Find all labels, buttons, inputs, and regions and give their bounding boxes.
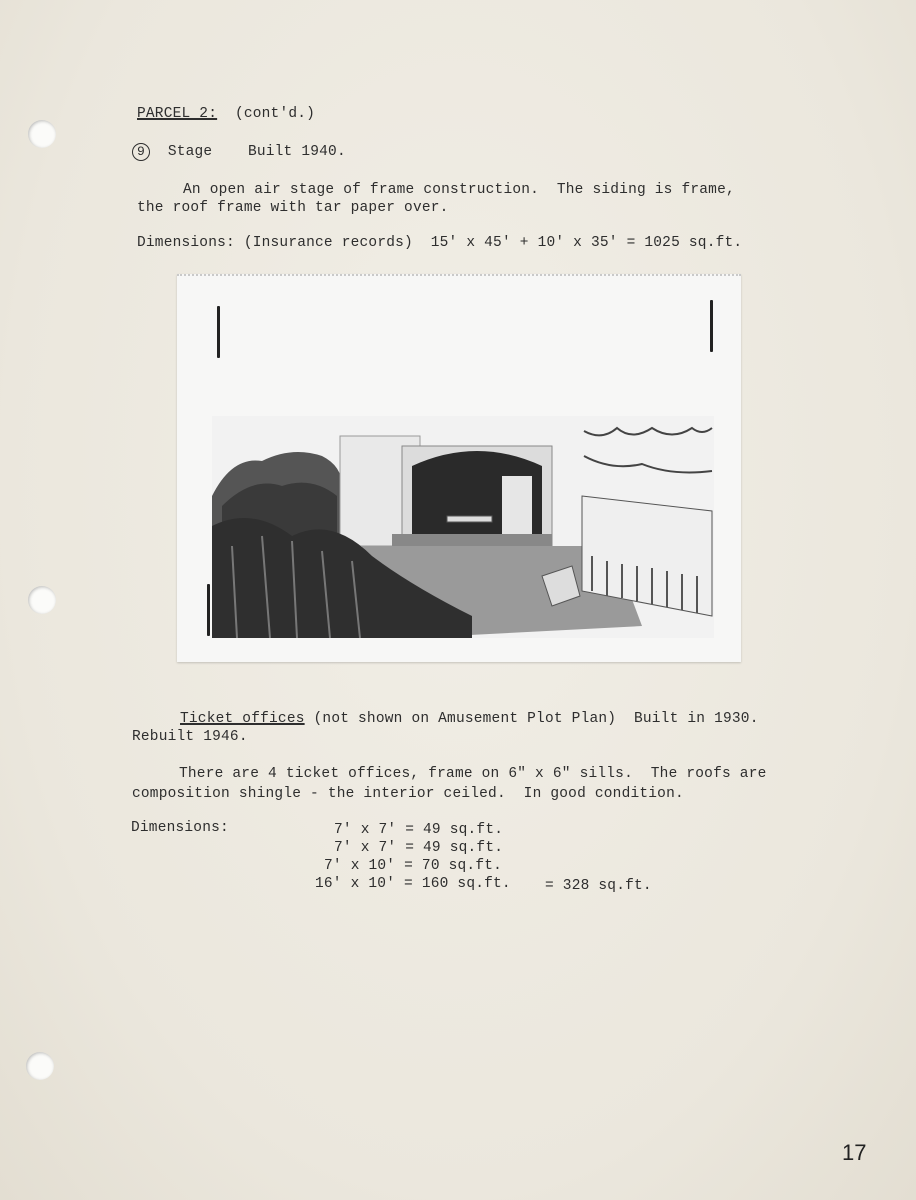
stage-description-line2: the roof frame with tar paper over. <box>137 200 449 216</box>
ticket-dimensions-label: Dimensions: <box>131 820 229 836</box>
ticket-description-line2: composition shingle - the interior ceile… <box>132 786 684 802</box>
stage-dimensions: Dimensions: (Insurance records) 15' x 45… <box>137 235 742 251</box>
ticket-heading-rest: (not shown on Amusement Plot Plan) Built… <box>305 711 759 727</box>
punch-hole <box>28 120 56 148</box>
item-title: Stage <box>168 144 213 160</box>
staple <box>217 306 220 358</box>
document-page: PARCEL 2: (cont'd.) 9 Stage Built 1940. … <box>0 0 916 1200</box>
ticket-total: = 328 sq.ft. <box>545 878 652 894</box>
ticket-heading-line: Ticket offices (not shown on Amusement P… <box>180 711 759 727</box>
stage-scene-illustration <box>212 416 714 638</box>
section-heading: PARCEL 2: <box>137 106 217 122</box>
ticket-dimension-row: 7' x 10' = 70 sq.ft. <box>324 858 502 874</box>
ticket-dimension-row: 7' x 7' = 49 sq.ft. <box>334 822 503 838</box>
punch-hole <box>28 586 56 614</box>
punch-hole <box>26 1052 54 1080</box>
section-heading-suffix: (cont'd.) <box>235 106 315 122</box>
stage-photograph <box>177 274 741 662</box>
ticket-dimension-row: 7' x 7' = 49 sq.ft. <box>334 840 503 856</box>
staple <box>710 300 713 352</box>
ticket-heading: Ticket offices <box>180 711 305 727</box>
item-number: 9 <box>132 143 150 161</box>
ticket-rebuilt: Rebuilt 1946. <box>132 729 248 745</box>
ticket-description-line1: There are 4 ticket offices, frame on 6" … <box>179 766 767 782</box>
photo-scene <box>212 416 714 638</box>
item-built: Built 1940. <box>248 144 346 160</box>
stage-description-line1: An open air stage of frame construction.… <box>183 182 735 198</box>
section-heading-line: PARCEL 2: (cont'd.) <box>137 106 315 122</box>
item-heading: 9 Stage Built 1940. <box>132 143 346 161</box>
page-number: 17 <box>842 1140 866 1166</box>
ticket-dimension-row: 16' x 10' = 160 sq.ft. <box>315 876 511 892</box>
staple <box>207 584 210 636</box>
